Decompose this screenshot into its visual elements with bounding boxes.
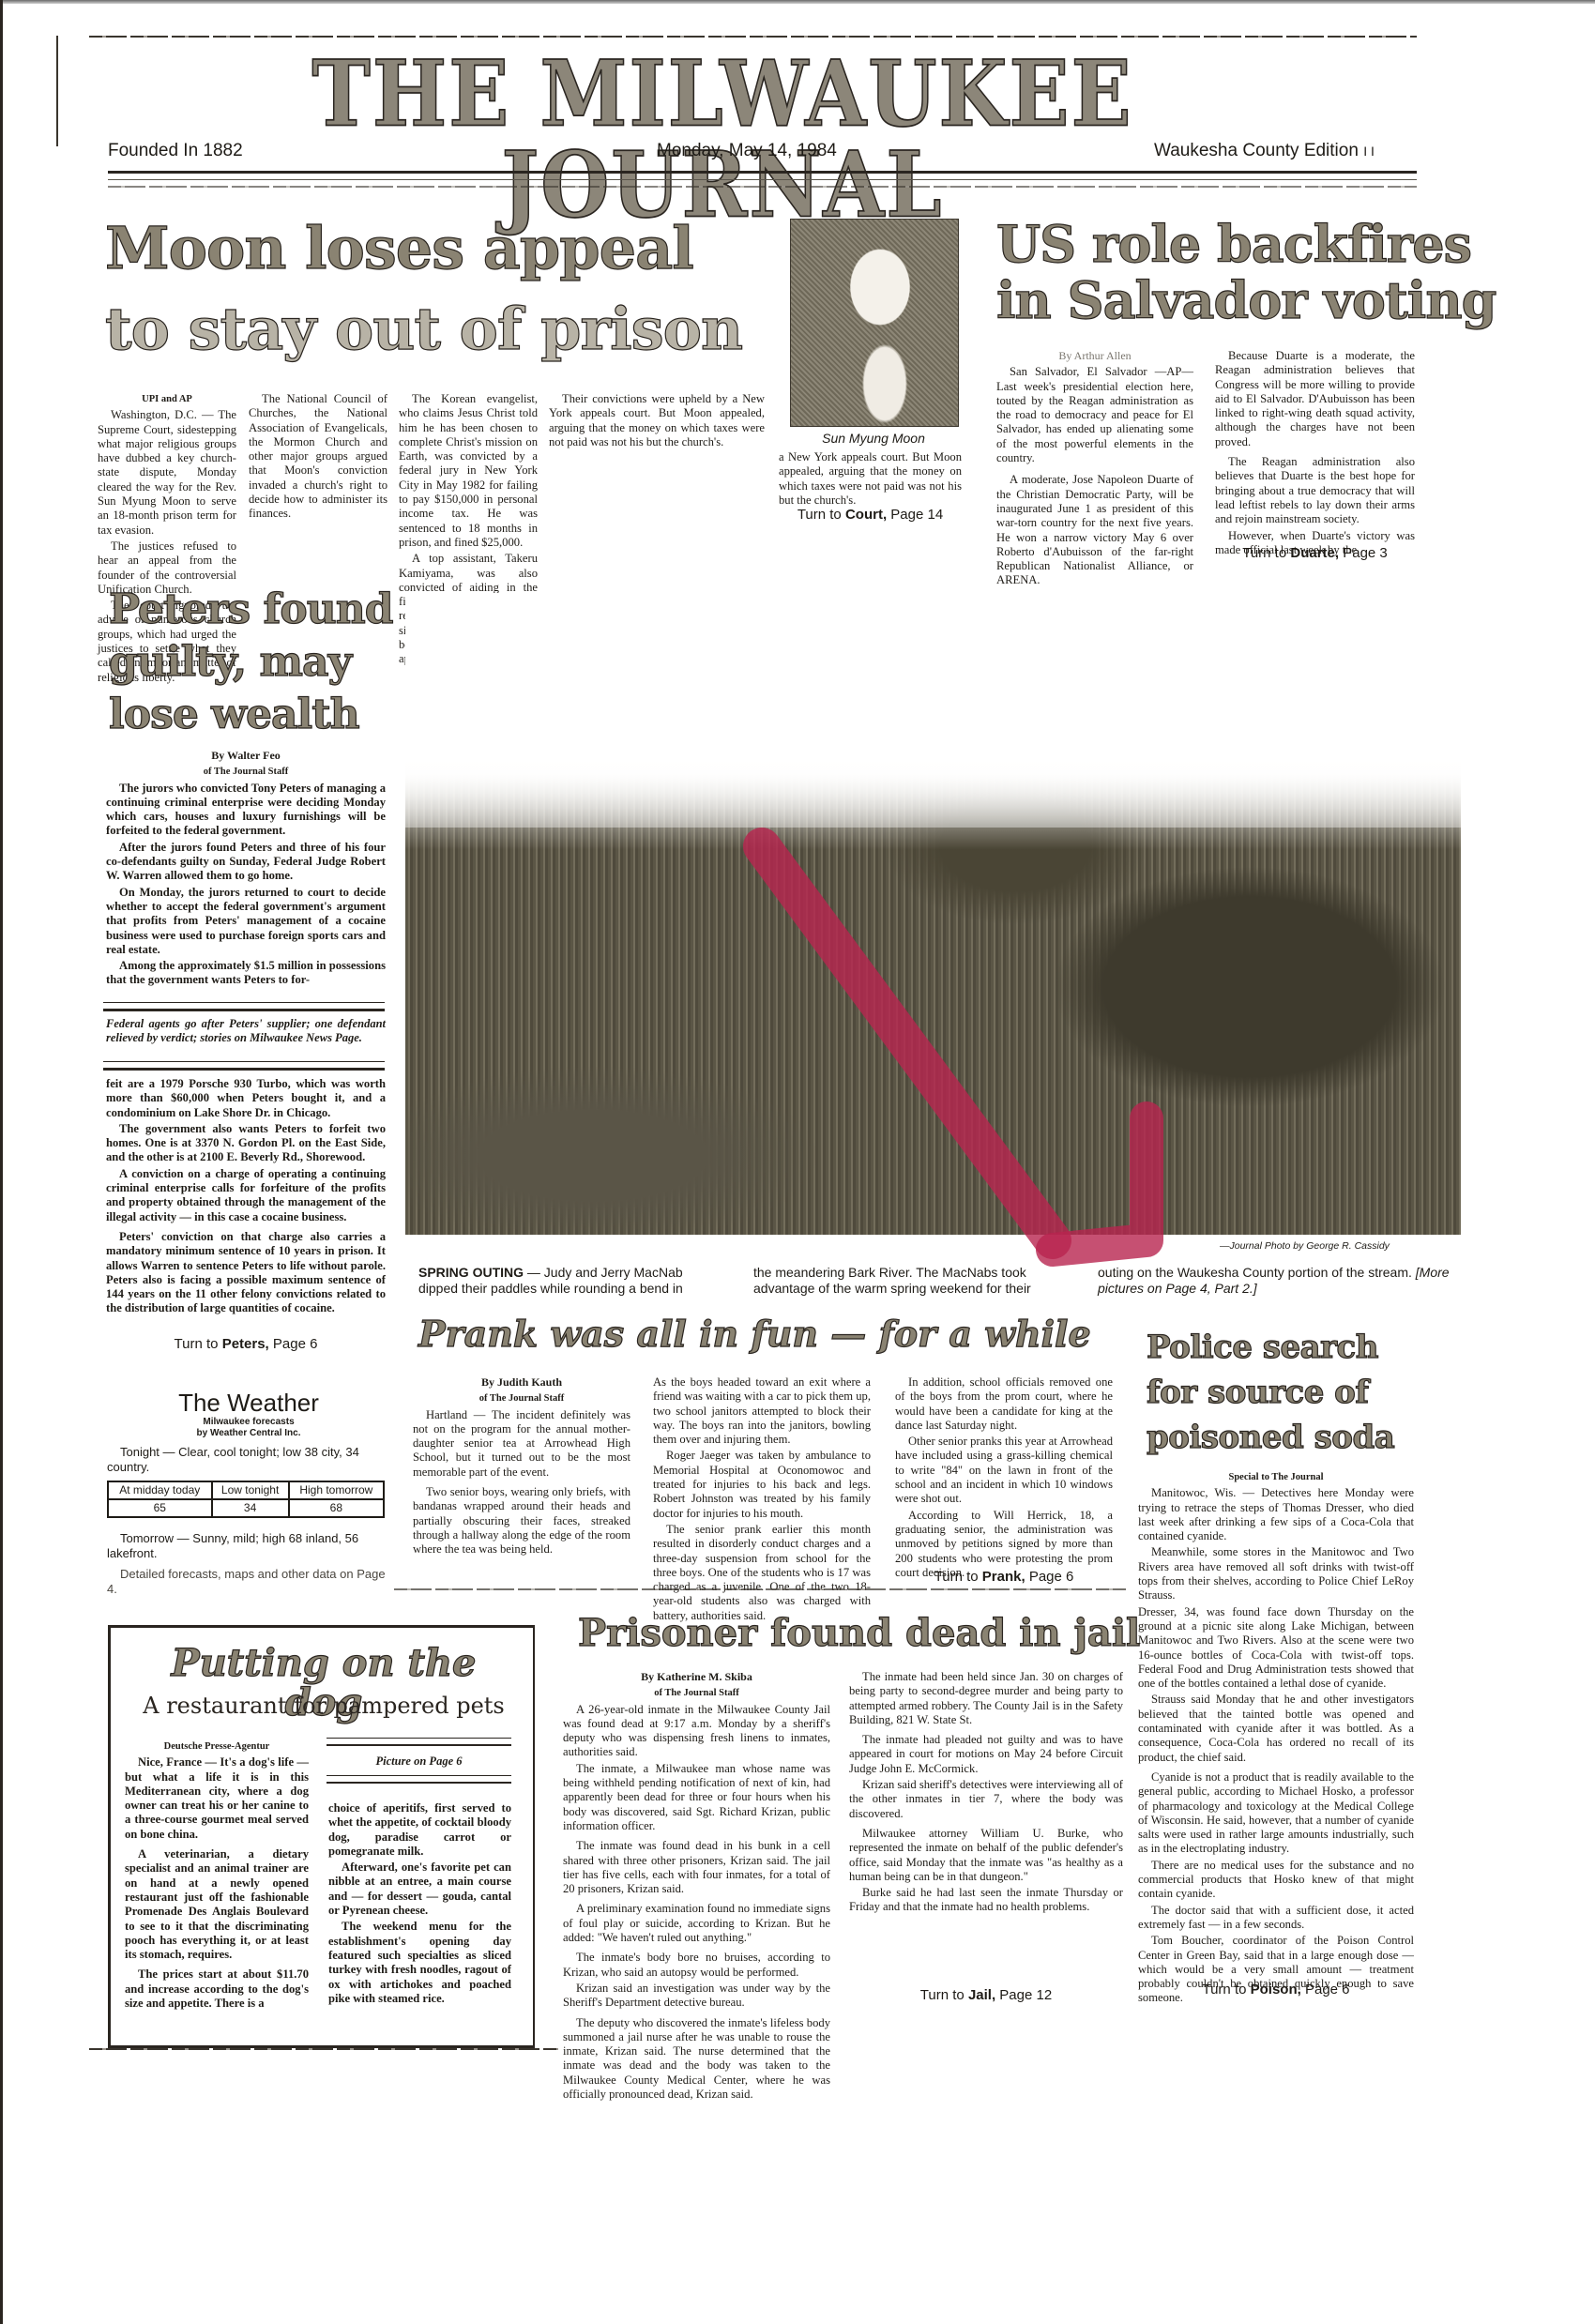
peters-para: On Monday, the jurors returned to court … (106, 886, 386, 957)
poison-headline-line: poisoned soda (1147, 1415, 1394, 1460)
dog-para: The weekend menu for the establishment's… (328, 1920, 511, 2006)
jail-col-2: The inmate had been held since Jan. 30 o… (849, 1670, 1123, 1915)
scan-left-edge (0, 0, 3, 2324)
weather-source: Milwaukee forecasts by Weather Central I… (103, 1417, 394, 1439)
poison-headline: Police search for source of poisoned sod… (1147, 1325, 1394, 1460)
jail-para: Krizan said an investigation was under w… (563, 1982, 830, 2011)
prank-para: Hartland — The incident definitely was n… (413, 1408, 630, 1480)
salvador-para: A moderate, Jose Napoleon Duarte of the … (996, 473, 1193, 587)
dog-picture-note: Picture on Page 6 (327, 1754, 511, 1769)
peters-sidebar-rule-bottom (103, 1061, 385, 1071)
weather-title: The Weather (103, 1389, 394, 1418)
photo-credit: —Journal Photo by George R. Cassidy (1220, 1240, 1390, 1252)
moon-headline-line1: Moon loses appeal (105, 218, 693, 279)
prank-para: Two senior boys, wearing only briefs, wi… (413, 1485, 630, 1557)
peters-byline: By Walter Feo (106, 749, 386, 763)
dog-col-1: Deutsche Presse-Agentur Nice, France — I… (125, 1739, 309, 2011)
dog-subhead: A restaurant for pampered pets (122, 1693, 525, 1719)
jail-col-1: By Katherine M. Skiba of The Journal Sta… (563, 1670, 830, 2102)
masthead-title: THE MILWAUKEE JOURNAL (103, 49, 1342, 230)
peters-para: The government also wants Peters to forf… (106, 1122, 386, 1165)
moon-jump-link[interactable]: Turn to Court, Page 14 (779, 507, 962, 523)
peters-sidebar-rule-top (103, 1002, 385, 1011)
moon-col-2: The National Council of Churches, the Na… (249, 392, 387, 522)
poison-para: Cyanide is not a product that is readily… (1138, 1770, 1414, 1857)
poison-para: Manitowoc, Wis. — Detectives here Monday… (1138, 1486, 1414, 1543)
poison-para: Meanwhile, some stores in the Manitowoc … (1138, 1545, 1414, 1602)
dog-para: choice of aperitifs, first served to whe… (328, 1801, 511, 1859)
salvador-headline-line1: US role backfires (996, 218, 1471, 271)
prank-para: As the boys headed toward an exit where … (653, 1375, 871, 1447)
poison-para: Strauss said Monday that he and other in… (1138, 1693, 1414, 1764)
issue-date: Monday, May 14, 1984 (657, 141, 837, 161)
scan-top-edge (0, 0, 1595, 4)
photo-caption-col-3: outing on the Waukesha County portion of… (1098, 1265, 1454, 1297)
jail-para: Krizan said sheriff's detectives were in… (849, 1778, 1123, 1821)
moon-para: The Korean evangelist, who claims Jesus … (399, 392, 538, 550)
peters-para: Peters' conviction on that charge also c… (106, 1230, 386, 1316)
masthead-rule (108, 171, 1417, 180)
prank-para: The senior prank earlier this month resu… (653, 1523, 871, 1623)
dog-para: A veterinarian, a dietary specialist and… (125, 1847, 309, 1962)
prank-col-2: As the boys headed toward an exit where … (653, 1375, 871, 1623)
prank-col-1: By Judith Kauth of The Journal Staff Har… (413, 1375, 630, 1557)
dog-para: Afterward, one's favorite pet can nibble… (328, 1861, 511, 1918)
dog-para: Nice, France — It's a dog's life — but w… (125, 1755, 309, 1842)
prank-jump-link[interactable]: Turn to Prank, Page 6 (895, 1569, 1113, 1585)
poison-para: The doctor said that with a sufficient d… (1138, 1904, 1414, 1933)
edition-marks: I I (1363, 144, 1375, 159)
salvador-para: The Reagan administration also believes … (1215, 455, 1415, 526)
weather-value-cell: 68 (289, 1499, 384, 1517)
poison-credit: Special to The Journal (1138, 1470, 1414, 1484)
jail-para: A preliminary examination found no immed… (563, 1902, 830, 1945)
photo-caption-col-2: the meandering Bark River. The MacNabs t… (753, 1265, 1063, 1297)
salvador-para: Because Duarte is a moderate, the Reagan… (1215, 349, 1415, 449)
prank-para: Other senior pranks this year at Arrowhe… (895, 1435, 1113, 1506)
prank-bottom-rule (394, 1588, 1126, 1590)
prank-para: Roger Jaeger was taken by ambulance to M… (653, 1449, 871, 1520)
weather-tonight: Tonight — Clear, cool tonight; low 38 ci… (107, 1445, 388, 1475)
weather-detail-link[interactable]: Detailed forecasts, maps and other data … (107, 1567, 388, 1597)
peters-para: The jurors who convicted Tony Peters of … (106, 782, 386, 839)
jail-para: A 26-year-old inmate in the Milwaukee Co… (563, 1703, 830, 1760)
poison-col: Special to The Journal Manitowoc, Wis. —… (1138, 1470, 1414, 2006)
jail-para: The inmate had been held since Jan. 30 o… (849, 1670, 1123, 1727)
prank-para: In addition, school officials removed on… (895, 1375, 1113, 1433)
jail-para: The inmate had pleaded not guilty and wa… (849, 1733, 1123, 1776)
bottom-rule (89, 2048, 558, 2050)
weather-table-header: At midday today Low tonight High tomorro… (108, 1481, 384, 1499)
photo-caption-lead: SPRING OUTING (418, 1265, 524, 1280)
dog-para: The prices start at about $11.70 and inc… (125, 1967, 309, 2011)
peters-headline: Peters found guilty, may lose wealth (109, 584, 393, 741)
moon-para: Their convictions were upheld by a New Y… (549, 392, 765, 449)
poison-headline-line: Police search (1147, 1325, 1394, 1370)
peters-headline-line: Peters found (109, 584, 393, 636)
jail-para: The inmate, a Milwaukee man whose name w… (563, 1762, 830, 1833)
poison-headline-line: for source of (1147, 1370, 1394, 1415)
photo-sky (405, 593, 1461, 828)
moon-para: The National Council of Churches, the Na… (249, 392, 387, 522)
moon-credit: UPI and AP (98, 392, 236, 406)
dog-credit: Deutsche Presse-Agentur (125, 1739, 309, 1754)
jail-para: The inmate's body bore no bruises, accor… (563, 1951, 830, 1980)
edition-name: Waukesha County Edition (1154, 141, 1359, 160)
weather-table-values: 65 34 68 (108, 1499, 384, 1517)
moon-col-4: Their convictions were upheld by a New Y… (549, 392, 765, 449)
jail-para: The inmate was found dead in his bunk in… (563, 1839, 830, 1896)
salvador-col-2: Because Duarte is a moderate, the Reagan… (1215, 349, 1415, 557)
peters-jump-link[interactable]: Turn to Peters, Page 6 (106, 1336, 386, 1352)
photo-caption-col-1: SPRING OUTING — Judy and Jerry MacNab di… (418, 1265, 719, 1297)
weather-header-cell: At midday today (108, 1481, 212, 1499)
salvador-byline: By Arthur Allen (996, 349, 1193, 363)
moon-para: Washington, D.C. — The Supreme Court, si… (98, 408, 236, 538)
peters-headline-line: guilty, may (109, 636, 393, 689)
peters-col-bottom: feit are a 1979 Porsche 930 Turbo, which… (106, 1077, 386, 1316)
jail-para: Burke said he had last seen the inmate T… (849, 1886, 1123, 1915)
jail-para: The deputy who discovered the inmate's l… (563, 2016, 830, 2103)
peters-para: A conviction on a charge of operating a … (106, 1167, 386, 1224)
prank-col-3: In addition, school officials removed on… (895, 1375, 1113, 1580)
poison-para: There are no medical uses for the substa… (1138, 1859, 1414, 1902)
jail-headline: Prisoner found dead in jail (578, 1614, 1140, 1653)
jail-jump-link[interactable]: Turn to Jail, Page 12 (849, 1987, 1123, 2003)
moon-photo-caption: Sun Myung Moon (790, 431, 957, 446)
peters-sidebar-note: Federal agents go after Peters' supplier… (106, 1017, 386, 1045)
margin-mark (56, 36, 58, 146)
spring-outing-photo (405, 593, 1461, 1235)
top-rule (89, 36, 1417, 38)
salvador-jump-link[interactable]: Turn to Duarte, Page 3 (1215, 545, 1415, 561)
salvador-para: San Salvador, El Salvador —AP— Last week… (996, 365, 1193, 465)
masthead-subrule (108, 186, 1417, 188)
jail-staff: of The Journal Staff (563, 1686, 830, 1700)
prank-staff: of The Journal Staff (413, 1391, 630, 1405)
peters-headline-line: lose wealth (109, 689, 393, 741)
peters-staff: of The Journal Staff (106, 765, 386, 779)
jail-byline: By Katherine M. Skiba (563, 1670, 830, 1684)
founded-line: Founded In 1882 (108, 141, 243, 161)
salvador-col-1: By Arthur Allen San Salvador, El Salvado… (996, 349, 1193, 588)
peters-para: Among the approximately $1.5 million in … (106, 959, 386, 988)
weather-value-cell: 65 (108, 1499, 212, 1517)
prank-byline: By Judith Kauth (413, 1375, 630, 1390)
jail-para: Milwaukee attorney William U. Burke, who… (849, 1827, 1123, 1884)
peters-para: feit are a 1979 Porsche 930 Turbo, which… (106, 1077, 386, 1120)
dog-note-rule-bottom (327, 1775, 511, 1784)
peters-para: After the jurors found Peters and three … (106, 841, 386, 884)
poison-jump-link[interactable]: Turn to Poison, Page 6 (1138, 1982, 1414, 1997)
moon-col-5: a New York appeals court. But Moon appea… (779, 450, 962, 508)
prank-headline: Prank was all in fun — for a while (418, 1315, 1091, 1353)
weather-header-cell: High tomorrow (289, 1481, 384, 1499)
moon-headline-line2: to stay out of prison (105, 298, 742, 359)
salvador-headline-line2: in Salvador voting (996, 274, 1496, 327)
weather-tomorrow: Tomorrow — Sunny, mild; high 68 inland, … (107, 1531, 388, 1561)
weather-header-cell: Low tonight (212, 1481, 289, 1499)
peters-col-top: By Walter Feo of The Journal Staff The j… (106, 749, 386, 988)
dog-note-rule-top (327, 1738, 511, 1746)
weather-table: At midday today Low tonight High tomorro… (107, 1481, 385, 1518)
sun-myung-moon-photo (790, 219, 959, 427)
photo-caption-text: outing on the Waukesha County portion of… (1098, 1265, 1412, 1280)
weather-value-cell: 34 (212, 1499, 289, 1517)
edition-label: Waukesha County Edition I I (1154, 141, 1375, 161)
dog-col-2: choice of aperitifs, first served to whe… (328, 1801, 511, 2006)
poison-para: Dresser, 34, was found face down Thursda… (1138, 1605, 1414, 1692)
moon-para-continued: a New York appeals court. But Moon appea… (779, 450, 962, 508)
